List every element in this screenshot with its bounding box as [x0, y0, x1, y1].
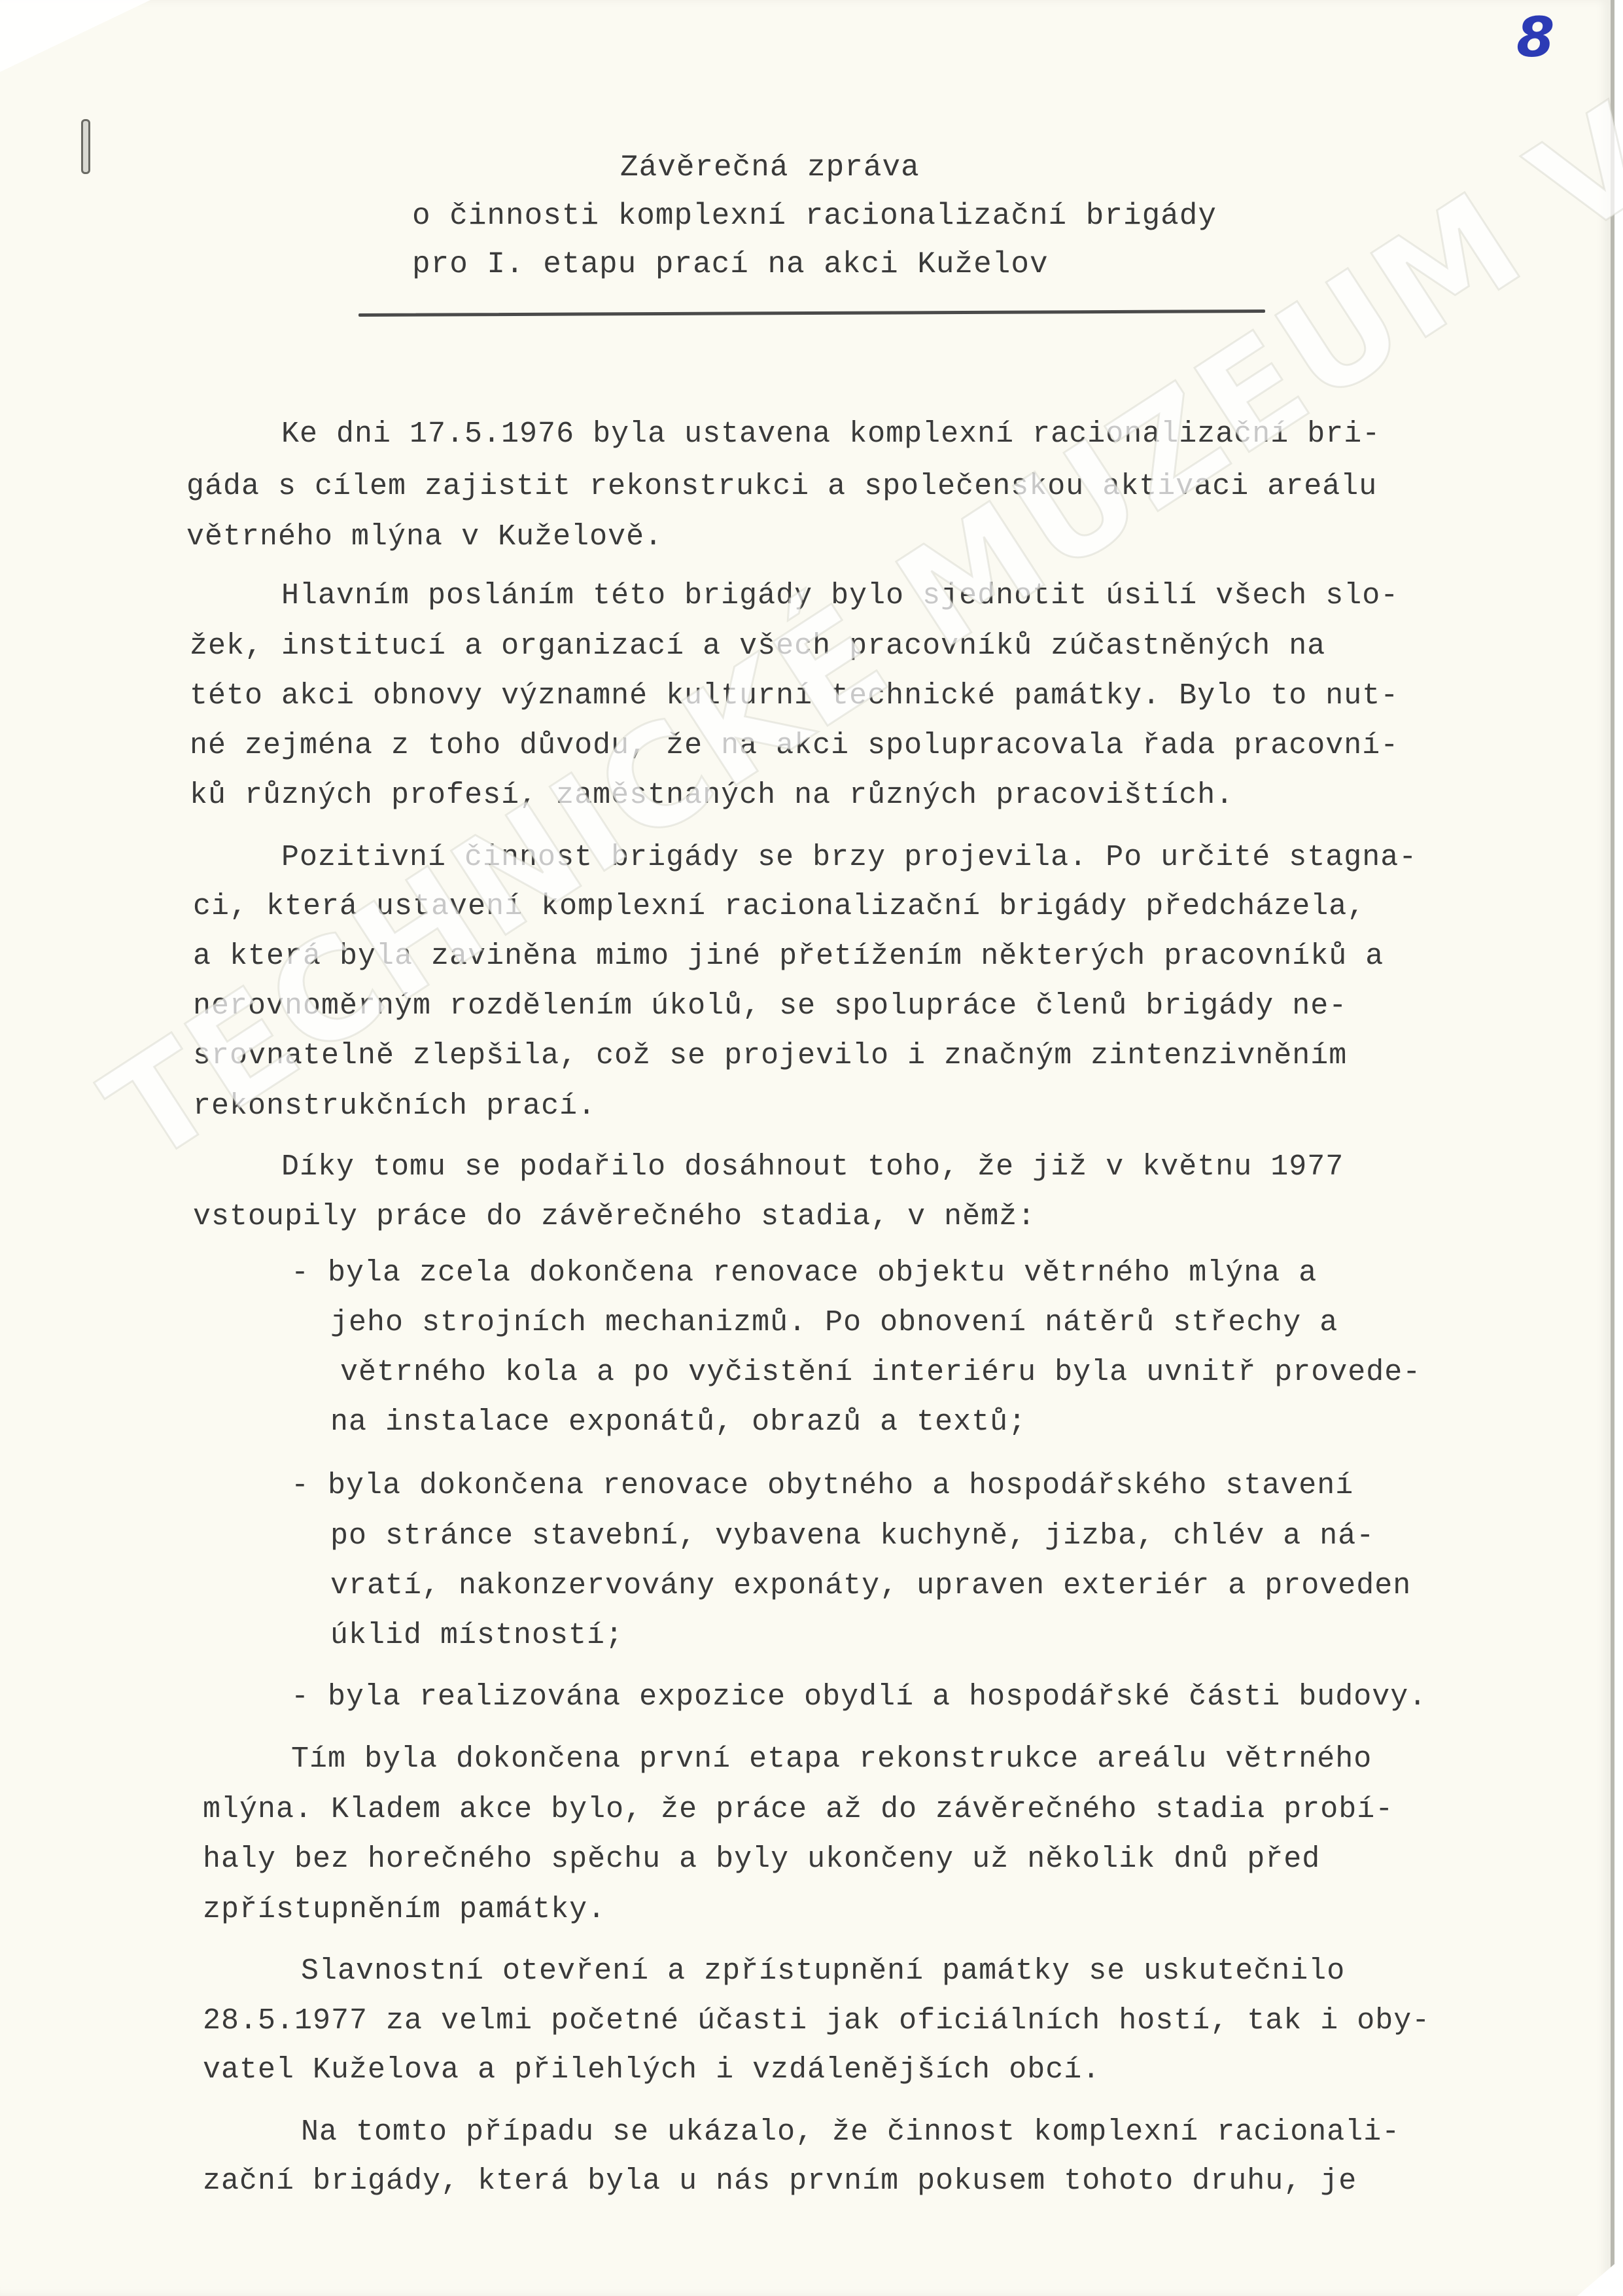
text-line: větrného kola a po vyčistění interiéru b… — [340, 1356, 1421, 1389]
text-line: na instalace exponátů, obrazů a textů; — [330, 1405, 1026, 1439]
text-line: Hlavním posláním této brigády bylo sjedn… — [281, 579, 1399, 612]
text-line: Ke dni 17.5.1976 byla ustavena komplexní… — [281, 417, 1380, 451]
text-line: rekonstrukčních prací. — [193, 1089, 596, 1123]
title-line-3: pro I. etapu prací na akci Kuželov — [412, 247, 1049, 281]
staple-icon — [81, 119, 90, 174]
text-line: vstoupily práce do závěrečného stadia, v… — [193, 1200, 1036, 1233]
text-line: haly bez horečného spěchu a byly ukončen… — [203, 1843, 1320, 1876]
title-line-1: Závěrečná zpráva — [620, 150, 920, 185]
text-line: zační brigády, která byla u nás prvním p… — [203, 2164, 1357, 2198]
text-line: gáda s cílem zajistit rekonstrukci a spo… — [186, 470, 1377, 503]
text-line: vatel Kuželova a přilehlých i vzdálenějš… — [203, 2053, 1100, 2087]
text-line: 28.5.1977 za velmi početné účasti jak of… — [203, 2004, 1430, 2038]
folded-corner — [0, 0, 150, 72]
text-line: ci, která ustavení komplexní racionaliza… — [193, 890, 1365, 923]
text-line: srovnatelně zlepšila, což se projevilo i… — [193, 1039, 1347, 1072]
text-line: Pozitivní činnost brigády se brzy projev… — [281, 841, 1417, 874]
text-line: vratí, nakonzervovány exponáty, upraven … — [330, 1569, 1411, 1602]
text-line: - byla realizována expozice obydlí a hos… — [291, 1680, 1427, 1714]
paper-sheet — [0, 0, 1614, 2296]
text-line: - byla dokončena renovace obytného a hos… — [291, 1469, 1353, 1502]
text-line: Díky tomu se podařilo dosáhnout toho, že… — [281, 1150, 1344, 1184]
text-line: zpřístupněním památky. — [203, 1893, 606, 1926]
text-line: ků různých profesí, zaměstnaných na různ… — [190, 779, 1234, 812]
text-line: žek, institucí a organizací a všech prac… — [190, 629, 1325, 663]
text-line: nerovnoměrným rozdělením úkolů, se spolu… — [193, 989, 1347, 1023]
text-line: po stránce stavební, vybavena kuchyně, j… — [330, 1519, 1374, 1553]
text-line: jeho strojních mechanizmů. Po obnovení n… — [330, 1306, 1338, 1339]
handwritten-page-number: 8 — [1516, 5, 1554, 69]
text-line: a která byla zaviněna mimo jiné přetížen… — [193, 940, 1384, 973]
text-line: Na tomto případu se ukázalo, že činnost … — [301, 2115, 1400, 2149]
text-line: né zejména z toho důvodu, že na akci spo… — [190, 729, 1399, 762]
text-line: větrného mlýna v Kuželově. — [186, 520, 663, 554]
text-line: Tím byla dokončena první etapa rekonstru… — [291, 1742, 1372, 1776]
text-line: mlýna. Kladem akce bylo, že práce až do … — [203, 1793, 1393, 1826]
text-line: Slavnostní otevření a zpřístupnění památ… — [301, 1954, 1345, 1988]
text-line: úklid místností; — [330, 1619, 623, 1652]
text-line: této akci obnovy významné kulturní techn… — [190, 679, 1399, 713]
title-line-2: o činnosti komplexní racionalizační brig… — [412, 199, 1217, 233]
text-line: - byla zcela dokončena renovace objektu … — [291, 1256, 1317, 1290]
